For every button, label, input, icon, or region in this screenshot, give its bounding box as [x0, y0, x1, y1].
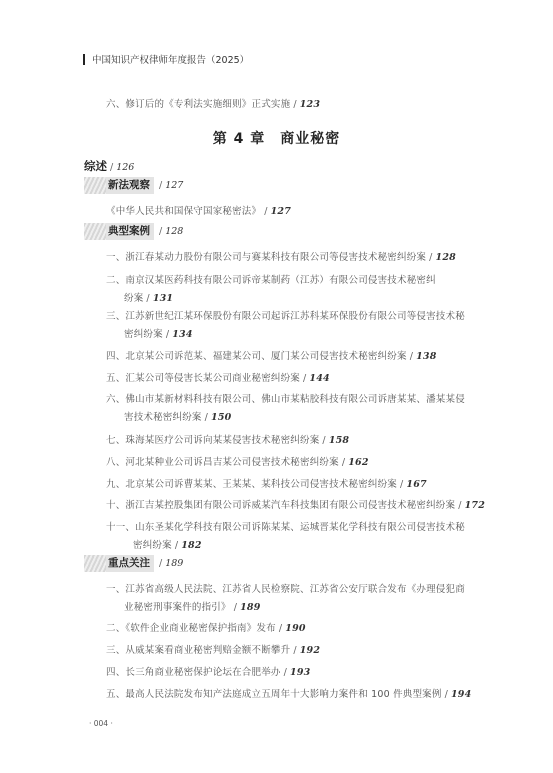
separator: / [410, 351, 413, 362]
toc-entry-text: 九、北京某公司诉曹某某、王某某、某科技公司侵害技术秘密纠纷案 [106, 479, 397, 490]
chapter-title: 第 4 章 商业秘密 [0, 128, 553, 148]
running-head: 中国知识产权律师年度报告（2025） [83, 52, 249, 66]
toc-entry-continuation[interactable]: 害技术秘密纠纷案/150 [124, 409, 231, 423]
page-number: 127 [271, 206, 291, 217]
running-head-title: 中国知识产权律师年度报告（2025） [92, 52, 249, 66]
separator: / [159, 180, 162, 191]
toc-entry[interactable]: 二、《软件企业商业秘密保护指南》发布/190 [106, 620, 306, 634]
separator: / [429, 252, 432, 263]
toc-entry-text: 二、南京汉某医药科技有限公司诉帝某制药（江苏）有限公司侵害技术秘密纠 [106, 275, 436, 286]
toc-entry-text: 一、江苏省高级人民法院、江苏省人民检察院、江苏省公安厅联合发布《办理侵犯商 [106, 584, 465, 595]
toc-entry-text: 三、江苏新世纪江某环保股份有限公司起诉江苏科某环保股份有限公司等侵害技术秘 [106, 311, 465, 322]
toc-entry[interactable]: 三、从威某案看商业秘密判赔金额不断攀升/192 [106, 642, 320, 656]
toc-entry-text: 五、最高人民法院发布知产法庭成立五周年十大影响力案件和 100 件典型案例 [106, 689, 442, 700]
separator: / [110, 162, 113, 173]
section-label: 新法观察 [106, 177, 154, 194]
toc-entry[interactable]: 二、南京汉某医药科技有限公司诉帝某制药（江苏）有限公司侵害技术秘密纠 [106, 272, 436, 286]
toc-entry-text: 密纠纷案 [133, 540, 172, 551]
separator: / [264, 206, 267, 217]
toc-entry-text: 一、浙江春某动力股份有限公司与赛某科技有限公司等侵害技术秘密纠纷案 [106, 252, 426, 263]
toc-entry-text: 四、长三角商业秘密保护论坛在合肥举办 [106, 667, 281, 678]
toc-entry-continuation[interactable]: 业秘密刑事案件的指引》/189 [124, 599, 261, 613]
toc-entry[interactable]: 七、珠海某医疗公司诉向某某侵害技术秘密纠纷案/158 [106, 432, 349, 446]
separator: / [342, 457, 345, 468]
page-number: 194 [451, 689, 471, 700]
page-number: 162 [348, 457, 368, 468]
separator: / [175, 540, 178, 551]
page-number: 182 [181, 540, 201, 551]
section-header-key-focus[interactable]: 重点关注 /189 [84, 555, 183, 572]
toc-entry[interactable]: 十、浙江吉某控股集团有限公司诉威某汽车科技集团有限公司侵害技术秘密纠纷案/172 [106, 497, 485, 511]
section-header-new-law[interactable]: 新法观察 /127 [84, 177, 183, 194]
toc-entry[interactable]: 六、佛山市某新材料科技有限公司、佛山市某粘胶科技有限公司诉唐某某、潘某某侵 [106, 391, 465, 405]
separator: / [146, 293, 149, 304]
toc-entry-text: 纷案 [124, 293, 143, 304]
separator: / [234, 602, 237, 613]
toc-entry[interactable]: 三、江苏新世纪江某环保股份有限公司起诉江苏科某环保股份有限公司等侵害技术秘 [106, 308, 465, 322]
separator: / [400, 479, 403, 490]
overview-label: 综述 [84, 159, 107, 173]
page-number: 189 [165, 558, 183, 569]
toc-entry-text: 六、修订后的《专利法实施细则》正式实施 [106, 99, 290, 110]
separator: / [166, 329, 169, 340]
separator: / [458, 500, 461, 511]
page-number: 172 [465, 500, 485, 511]
toc-entry-text: 业秘密刑事案件的指引》 [124, 602, 231, 613]
separator: / [293, 645, 296, 656]
page-number: 123 [300, 99, 320, 110]
page-number: 128 [165, 226, 183, 237]
page-number: 138 [416, 351, 436, 362]
separator: / [322, 435, 325, 446]
separator: / [303, 373, 306, 384]
page-folio: · 004 · [89, 719, 113, 728]
section-label: 典型案例 [106, 223, 154, 240]
separator: / [205, 412, 208, 423]
section-header-typical-cases[interactable]: 典型案例 /128 [84, 223, 183, 240]
toc-entry[interactable]: 八、河北某种业公司诉昌吉某公司侵害技术秘密纠纷案/162 [106, 454, 369, 468]
page-number: 158 [329, 435, 349, 446]
toc-entry-text: 害技术秘密纠纷案 [124, 412, 202, 423]
page-number: 131 [153, 293, 173, 304]
toc-entry[interactable]: 四、长三角商业秘密保护论坛在合肥举办/193 [106, 664, 310, 678]
section-tag: 重点关注 [84, 555, 154, 572]
toc-entry[interactable]: 十一、山东圣某化学科技有限公司诉陈某某、运城晋某化学科技有限公司侵害技术秘 [106, 519, 465, 533]
page-number: 190 [285, 623, 305, 634]
toc-entry-text: 十、浙江吉某控股集团有限公司诉威某汽车科技集团有限公司侵害技术秘密纠纷案 [106, 500, 455, 511]
toc-entry[interactable]: 五、汇某公司等侵害长某公司商业秘密纠纷案/144 [106, 370, 330, 384]
separator: / [445, 689, 448, 700]
separator: / [159, 226, 162, 237]
toc-entry[interactable]: 四、北京某公司诉范某、福建某公司、厦门某公司侵害技术秘密纠纷案/138 [106, 348, 437, 362]
running-head-bar [83, 54, 85, 65]
page-number: 127 [165, 180, 183, 191]
section-tag: 新法观察 [84, 177, 154, 194]
page-number: 192 [300, 645, 320, 656]
page-number: 167 [406, 479, 426, 490]
toc-entry[interactable]: 九、北京某公司诉曹某某、王某某、某科技公司侵害技术秘密纠纷案/167 [106, 476, 427, 490]
toc-entry-text: 八、河北某种业公司诉昌吉某公司侵害技术秘密纠纷案 [106, 457, 339, 468]
toc-entry[interactable]: 一、浙江春某动力股份有限公司与赛某科技有限公司等侵害技术秘密纠纷案/128 [106, 249, 456, 263]
toc-entry-continuation[interactable]: 密纠纷案/182 [133, 537, 202, 551]
toc-entry-prev[interactable]: 六、修订后的《专利法实施细则》正式实施/123 [106, 96, 320, 110]
toc-entry[interactable]: 《中华人民共和国保守国家秘密法》/127 [106, 203, 291, 217]
toc-entry-text: 《中华人民共和国保守国家秘密法》 [106, 206, 261, 217]
toc-entry-text: 七、珠海某医疗公司诉向某某侵害技术秘密纠纷案 [106, 435, 319, 446]
toc-entry-text: 五、汇某公司等侵害长某公司商业秘密纠纷案 [106, 373, 300, 384]
toc-entry-continuation[interactable]: 密纠纷案/134 [124, 326, 193, 340]
page-number: 193 [290, 667, 310, 678]
page-number: 126 [116, 162, 134, 173]
toc-entry-text: 密纠纷案 [124, 329, 163, 340]
separator: / [284, 667, 287, 678]
toc-entry[interactable]: 五、最高人民法院发布知产法庭成立五周年十大影响力案件和 100 件典型案例/19… [106, 686, 471, 700]
toc-overview[interactable]: 综述/126 [84, 158, 134, 174]
toc-entry-text: 三、从威某案看商业秘密判赔金额不断攀升 [106, 645, 290, 656]
page-number: 134 [172, 329, 192, 340]
toc-entry-text: 四、北京某公司诉范某、福建某公司、厦门某公司侵害技术秘密纠纷案 [106, 351, 407, 362]
section-label: 重点关注 [106, 555, 154, 572]
section-tag: 典型案例 [84, 223, 154, 240]
page-number: 128 [436, 252, 456, 263]
page-number: 144 [309, 373, 329, 384]
toc-entry-continuation[interactable]: 纷案/131 [124, 290, 173, 304]
toc-entry-text: 十一、山东圣某化学科技有限公司诉陈某某、运城晋某化学科技有限公司侵害技术秘 [106, 522, 465, 533]
toc-entry-text: 六、佛山市某新材料科技有限公司、佛山市某粘胶科技有限公司诉唐某某、潘某某侵 [106, 394, 465, 405]
separator: / [279, 623, 282, 634]
separator: / [293, 99, 296, 110]
page-number: 150 [211, 412, 231, 423]
toc-entry[interactable]: 一、江苏省高级人民法院、江苏省人民检察院、江苏省公安厅联合发布《办理侵犯商 [106, 581, 465, 595]
separator: / [159, 558, 162, 569]
page-number: 189 [240, 602, 260, 613]
toc-entry-text: 二、《软件企业商业秘密保护指南》发布 [106, 623, 276, 634]
